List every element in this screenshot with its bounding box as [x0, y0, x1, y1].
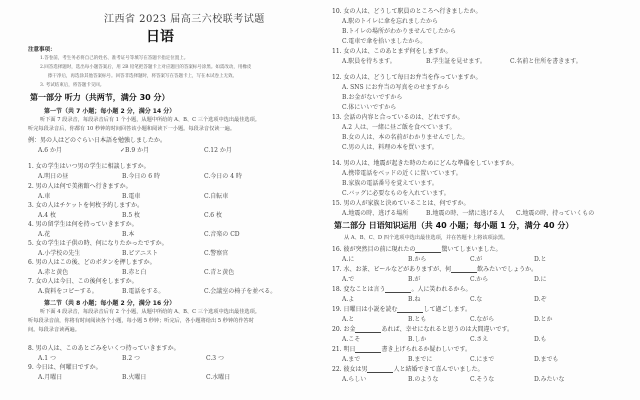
option-c: C.警察官 [204, 248, 228, 257]
option-c: C.ながら [470, 314, 494, 323]
exam-title: 江西省 2023 届高三六校联考试题 [104, 10, 265, 25]
question-text: 水、お茶、ビールなどがありますが、何 [343, 266, 451, 273]
question-text: 男の留学生は何を持っていきますか。 [36, 221, 138, 228]
option-a: A.月曜日 [38, 372, 62, 381]
notes-line: 3. 考试结束后，将答题卡交回。 [40, 82, 104, 88]
question-number: 6. [28, 259, 34, 266]
question-text: 。人に笑われるから。 [411, 286, 471, 293]
question-text: 女の人は今日、この後何をしますか。 [36, 278, 138, 285]
option-c: C.3 つ [206, 353, 224, 362]
option-c: C.今日の 4 時 [204, 171, 242, 180]
question-text: 女の人はチケットを何枚予約しますか。 [36, 202, 143, 209]
question-text: 男の人は何で美術館へ行きますか。 [36, 183, 132, 190]
question-number: 15. [332, 200, 342, 207]
option-c: C.名前と住所を書きます。 [510, 56, 582, 65]
question-number: 10. [332, 8, 342, 15]
option-a: A.らしい [342, 374, 366, 383]
question-text: 男の人は、地震が起きた時のためにどんな準備をしていますか。 [343, 160, 517, 167]
option-c: C.体にいいですから [342, 102, 396, 111]
option-b: B.本 [122, 229, 134, 238]
option-b: B.2 つ [122, 353, 140, 362]
example-option-c: C.12 か月 [204, 145, 232, 154]
option-d: D.ぞ [534, 294, 547, 303]
option-a: A.地震の時、逃げる場所 [342, 208, 408, 217]
option-a: A.に [342, 254, 354, 263]
option-a: A.赤と黄色 [38, 267, 68, 276]
section1-instruction: 听完每段录音后，你都有 10 秒钟的时间回答该小题和阅读下一小题。每段录音仅读一… [28, 125, 235, 132]
option-a: A.携帯電話をベッドの近くに置いています。 [342, 168, 462, 177]
option-d: D.と [534, 254, 547, 263]
option-a: A.と [342, 314, 354, 323]
example-option-b-checked: ✓B.9 か月 [120, 145, 149, 154]
question-text: 女の人は、どうして駅員のところへ行きましたか。 [343, 8, 481, 15]
option-c: C.水曜日 [206, 372, 230, 381]
question-number: 9. [28, 364, 34, 371]
option-c: C.自転車 [204, 191, 228, 200]
option-a: A.こそ [342, 334, 360, 343]
option-c: C.会議室の椅子を並べる。 [204, 286, 276, 295]
option-c: C.電車で傘を拾いましたから。 [342, 36, 426, 45]
option-b: B.赤と白 [122, 267, 146, 276]
section2-instruction: 听每段录音前，你将有时间阅读各个小题，每小题 5 秒钟；听完后，各小题将给出 5… [28, 317, 254, 324]
question-number: 19. [332, 306, 342, 313]
option-a: A.2 人は、一緒に昼ご飯を食べています。 [342, 122, 456, 131]
option-b: B.とも [408, 314, 426, 323]
option-c: C.音楽の CD [204, 229, 240, 238]
option-b: B.ピアニスト [122, 248, 158, 257]
question-number: 20. [332, 326, 342, 333]
option-c: C.さえ [470, 334, 488, 343]
option-d: D.みたいな [534, 374, 565, 383]
question-text: 人と結婚できて喜んでいました。 [393, 366, 483, 373]
section1-instruction: 听下面 7 段录音，每段录音后有 1 个小题，从题中所给的 A、B、C 三个选项… [40, 116, 260, 123]
option-b: B.までに [408, 354, 432, 363]
option-b: B.火曜日 [122, 372, 146, 381]
option-d: D.とか [534, 314, 553, 323]
option-a: A. SNS にお弁当の写真をのせますから [342, 82, 450, 91]
question-number: 7. [28, 278, 34, 285]
option-b: B.女の人は、本の名前がわかりませんでした。 [342, 132, 468, 141]
question-text: 男の人が家族と決めていることは、何ですか。 [343, 200, 469, 207]
question-number: 14. [332, 160, 342, 167]
option-a: A.駅員を待ちます。 [342, 56, 396, 65]
option-c: C.バッグに必要なものを入れています。 [342, 188, 450, 197]
notes-line: 擦干净后，再选涂其他答案标号。回答非选择题时，将答案写在答题卡上，写在本试卷上无… [48, 73, 237, 79]
question-number: 3. [28, 202, 34, 209]
answer-blank [355, 347, 381, 353]
question-text: お金 [343, 326, 355, 333]
option-b: B.学生証を見せます。 [426, 56, 486, 65]
question-number: 2. [28, 183, 34, 190]
option-a: A.で [342, 274, 354, 283]
section2-heading: 第二节（共 8 小题；每小题 2 分，满分 16 分） [44, 298, 175, 307]
answer-blank [355, 327, 381, 333]
option-b: B.地震の時、一緒に逃げる人 [426, 208, 504, 217]
question-text: 女の人は、どうして毎日お弁当を作っていますか。 [343, 74, 481, 81]
option-b: B.トイレの場所がわかりませんでしたから [342, 26, 456, 35]
option-a: A.資料をコピーする。 [38, 286, 98, 295]
question-number: 11. [332, 48, 342, 55]
option-b: B.5 枚 [122, 210, 140, 219]
question-number: 16. [332, 246, 342, 253]
section2-instruction: 听下面 4 段录音，每段录音后有 2 个小题，从题中所给的 A、B、C 三个选项… [40, 308, 260, 315]
example-option-a: A.6 か月 [38, 145, 62, 154]
notes-line: 2.回答选择题时，选出每小题答案后，用 2B 铅笔把答题卡上对应题目的答案标号涂… [40, 64, 251, 70]
question-number: 17. [332, 266, 342, 273]
option-c: C.地震の時、持っていくもの [516, 208, 594, 217]
option-b: B.電車 [122, 191, 140, 200]
example-question: 例：男の人はどのぐらい日本語を勉強しましたか。 [28, 135, 166, 144]
question-number: 18. [332, 286, 342, 293]
option-b: B.電話をする。 [122, 286, 164, 295]
option-b: B.が [408, 274, 420, 283]
answer-blank [451, 267, 477, 273]
answer-blank [367, 367, 393, 373]
question-number: 21. [332, 346, 342, 353]
question-text: して過ごします。 [423, 306, 471, 313]
question-text: 女の学生はいつ男の学生に相談しますか。 [36, 163, 150, 170]
option-a: A.4 枚 [38, 210, 56, 219]
part2-heading: 第二部分 日语知识运用（共 40 小题；每小题 1 分，满分 40 分） [334, 220, 573, 231]
option-b: B.家族の電話番号を覚えています。 [342, 178, 438, 187]
option-c: C.青と黄色 [204, 267, 234, 276]
option-c: C.な [470, 294, 482, 303]
question-text: 明日 [343, 346, 355, 353]
question-text: 男の人は、このあとごみをいくつ持っていきますか。 [36, 345, 180, 352]
question-text: 女の人は、このあとまず何をしますか。 [343, 48, 451, 55]
question-text: 彼女は男 [343, 366, 367, 373]
option-a: A.明日の昼 [38, 171, 68, 180]
option-d: D.までも [534, 354, 559, 363]
option-a: A.車 [38, 191, 50, 200]
question-text: 彼が突然目の前に現れたの [343, 246, 415, 253]
notes-line: 1.答卷前，考生务必将自己的姓名、准考证号等填写在答题卡指定位置上。 [40, 55, 188, 61]
part2-instruction: 从 A、B、C、D 四个选项中选出最佳选项，并在答题卡上将该项涂黑。 [344, 234, 508, 241]
question-text: 女の学生は子供の時、何になりたかったですか。 [36, 240, 168, 247]
answer-blank [397, 307, 423, 313]
question-text: あれば、幸せになれると思うのは大間違いです。 [381, 326, 513, 333]
option-c: C.6 枚 [204, 210, 222, 219]
question-text: 男の人はこの後、どのボタンを押しますか。 [36, 259, 156, 266]
question-text: 書き上げられるか疑わしいです。 [381, 346, 471, 353]
question-number: 1. [28, 163, 34, 170]
option-a: A.駅のトイレに傘を忘れましたから [342, 16, 438, 25]
option-d: D.に [534, 274, 547, 283]
question-number: 12. [332, 74, 342, 81]
option-b: B.ね [408, 294, 420, 303]
exam-page: 江西省 2023 届高三六校联考试题 日语 注意事项： 1.答卷前，考生务必将自… [0, 0, 640, 400]
question-text: 日曜日は小説を読む [343, 306, 397, 313]
question-number: 8. [28, 345, 34, 352]
subject-title: 日语 [146, 26, 174, 46]
option-a: A.まで [342, 354, 360, 363]
question-number: 22. [332, 366, 342, 373]
question-text: 変なことは言う [343, 286, 385, 293]
section2-instruction: 间。每段录音读两遍。 [28, 326, 80, 333]
question-text: 驚いてしまいました。 [441, 246, 501, 253]
part1-heading: 第一部分 听力（共两节，满分 30 分） [30, 92, 170, 103]
option-c: C.が [470, 254, 482, 263]
question-number: 4. [28, 221, 34, 228]
question-number: 5. [28, 240, 34, 247]
option-b: B.から [408, 254, 426, 263]
answer-blank [415, 247, 441, 253]
question-text: 今日は、何曜日ですか。 [36, 364, 102, 371]
option-a: A.花 [38, 229, 50, 238]
option-b: B.今日の 6 時 [122, 171, 160, 180]
option-c: C.男の人は、料理の本を買います。 [342, 142, 438, 151]
question-number: 13. [332, 114, 342, 121]
section1-heading: 第一节（共 7 小题；每小题 2 分，满分 14 分） [44, 106, 175, 115]
option-a: A.1 つ [38, 353, 56, 362]
question-text: 会話の内容と合っているのは、どれですか。 [343, 114, 463, 121]
option-c: C.にまで [470, 354, 494, 363]
option-c: C.から [470, 274, 488, 283]
option-b: B.お金がないですから [342, 92, 402, 101]
option-d: D.も [534, 334, 547, 343]
option-a: A.小学校の先生 [38, 248, 80, 257]
option-b: B.しか [408, 334, 426, 343]
notes-heading: 注意事项： [28, 45, 56, 53]
option-a: A.よ [342, 294, 354, 303]
option-b: B.のような [408, 374, 438, 383]
question-text: 飲みたいでしょうか。 [477, 266, 537, 273]
answer-blank [385, 287, 411, 293]
option-c: C.そうな [470, 374, 494, 383]
